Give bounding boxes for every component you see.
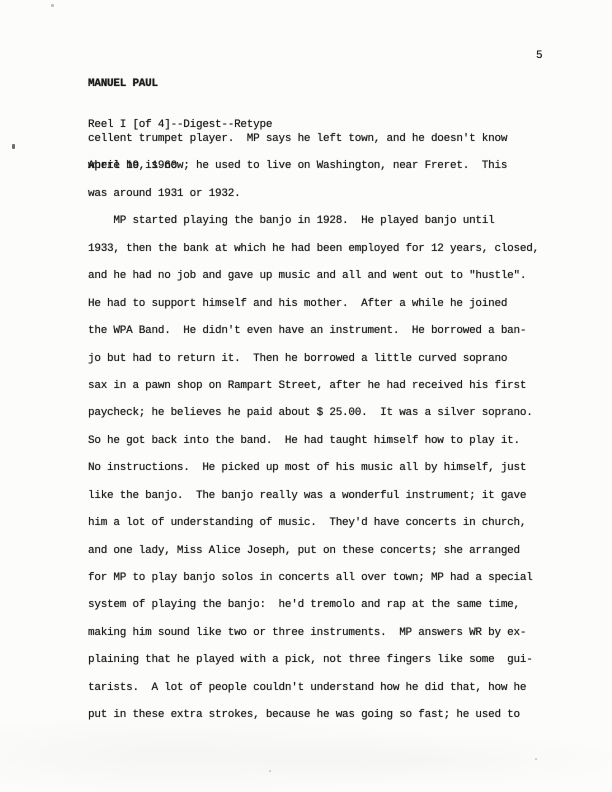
text-line: and one lady, Miss Alice Joseph, put on … (88, 538, 539, 565)
text-line: sax in a pawn shop on Rampart Street, af… (88, 373, 539, 400)
text-line: paycheck; he believes he paid about $ 25… (88, 400, 539, 427)
text-line: for MP to play banjo solos in concerts a… (88, 565, 539, 592)
text-line: plaining that he played with a pick, not… (88, 647, 539, 674)
text-line: So he got back into the band. He had tau… (88, 428, 539, 455)
scan-speck (269, 770, 271, 772)
text-line: him a lot of understanding of music. The… (88, 510, 539, 537)
text-line: where he is now; he used to live on Wash… (88, 153, 539, 180)
text-line: jo but had to return it. Then he borrowe… (88, 346, 539, 373)
page-number: 5 (536, 50, 542, 62)
text-line: and he had no job and gave up music and … (88, 263, 539, 290)
text-line: No instructions. He picked up most of hi… (88, 455, 539, 482)
text-line: like the banjo. The banjo really was a w… (88, 483, 539, 510)
transcript-body: cellent trumpet player. MP says he left … (88, 126, 539, 730)
scan-speck (51, 4, 54, 7)
text-line: tarists. A lot of people couldn't unders… (88, 675, 539, 702)
scan-speck (535, 758, 537, 760)
interviewee-name: MANUEL PAUL (88, 78, 272, 92)
text-line: He had to support himself and his mother… (88, 291, 539, 318)
text-line: MP started playing the banjo in 1928. He… (88, 208, 539, 235)
text-line: system of playing the banjo: he'd tremol… (88, 592, 539, 619)
text-line: making him sound like two or three instr… (88, 620, 539, 647)
text-line: was around 1931 or 1932. (88, 181, 539, 208)
scan-speck (12, 144, 15, 149)
text-line: the WPA Band. He didn't even have an ins… (88, 318, 539, 345)
text-line: cellent trumpet player. MP says he left … (88, 126, 539, 153)
text-line: 1933, then the bank at which he had been… (88, 236, 539, 263)
document-page: MANUEL PAUL Reel I [of 4]--Digest--Retyp… (0, 0, 612, 792)
text-line: put in these extra strokes, because he w… (88, 702, 539, 729)
